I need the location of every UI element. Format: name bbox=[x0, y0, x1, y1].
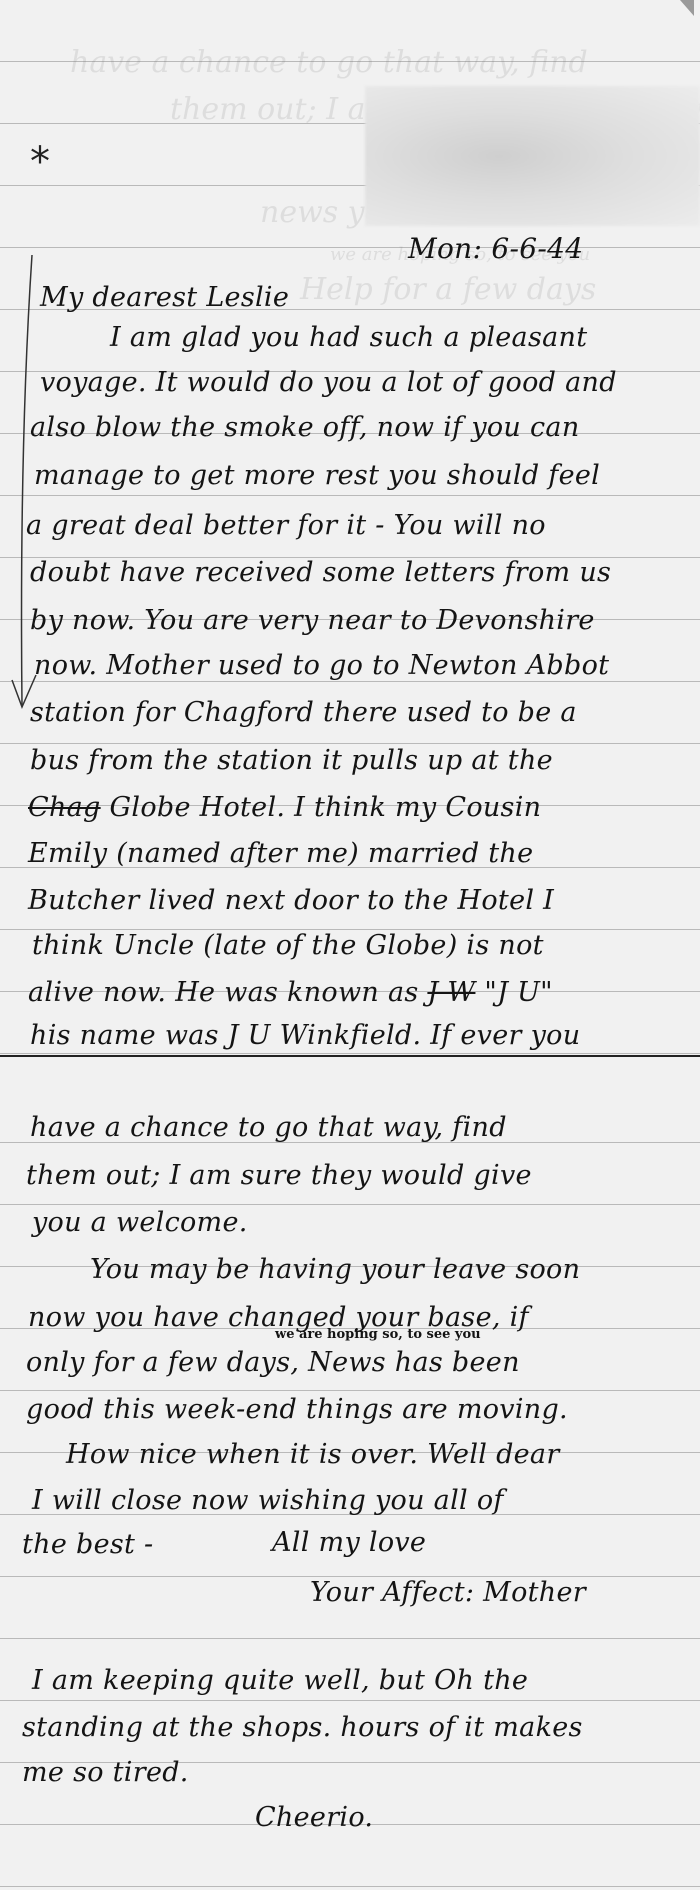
letter-line: them out; I am sure they would give bbox=[26, 1160, 532, 1191]
valediction: All my love bbox=[272, 1527, 426, 1558]
letter-line: think Uncle (late of the Globe) is not bbox=[32, 930, 544, 961]
letter-line: alive now. He was known as J W "J U" bbox=[28, 977, 553, 1008]
letter-line: You may be having your leave soon bbox=[90, 1254, 580, 1285]
letter-line: Emily (named after me) married the bbox=[28, 838, 533, 869]
inserted-note: we are hoping so, to see you bbox=[275, 1327, 481, 1342]
letter-line: station for Chagford there used to be a bbox=[30, 697, 577, 728]
signoff: Cheerio. bbox=[255, 1802, 373, 1833]
letter-line: also blow the smoke off, now if you can bbox=[30, 412, 580, 443]
salutation: My dearest Leslie bbox=[40, 282, 289, 313]
letter-line: doubt have received some letters from us bbox=[30, 557, 611, 588]
redacted-region bbox=[365, 86, 700, 226]
letter-line: manage to get more rest you should feel bbox=[34, 460, 600, 491]
letter-line: only for a few days, News has been bbox=[26, 1347, 520, 1378]
letter-line: Butcher lived next door to the Hotel I bbox=[28, 885, 554, 916]
letter-line: his name was J U Winkfield. If ever you bbox=[30, 1020, 580, 1051]
letter-line: by now. You are very near to Devonshire bbox=[30, 605, 595, 636]
bleedthrough-text: Help for a few days bbox=[300, 272, 596, 307]
letter-line: How nice when it is over. Well dear bbox=[66, 1439, 560, 1470]
letter-line-text: "J U" bbox=[484, 977, 553, 1008]
letter-line: good this week-end things are moving. bbox=[26, 1394, 568, 1425]
letter-line: the best - bbox=[22, 1529, 153, 1560]
struck-word: Chag bbox=[28, 792, 101, 823]
letter-page-2: have a chance to go that way, find them … bbox=[0, 1055, 700, 1890]
letter-line-text: alive now. He was known as bbox=[28, 977, 419, 1008]
postscript-line: me so tired. bbox=[22, 1757, 189, 1788]
page-corner-fold bbox=[680, 0, 694, 16]
postscript-line: I am keeping quite well, but Oh the bbox=[32, 1665, 528, 1696]
letter-line: I am glad you had such a pleasant bbox=[110, 322, 587, 353]
struck-word: J W bbox=[427, 977, 475, 1008]
letter-line: you a welcome. bbox=[32, 1207, 248, 1238]
letter-line: voyage. It would do you a lot of good an… bbox=[40, 367, 617, 398]
letter-line: bus from the station it pulls up at the bbox=[30, 745, 553, 776]
asterisk-mark: * bbox=[30, 142, 50, 182]
postscript-line: standing at the shops. hours of it makes bbox=[22, 1712, 583, 1743]
letter-line: Chag Globe Hotel. I think my Cousin bbox=[28, 792, 541, 823]
signature: Your Affect: Mother bbox=[310, 1577, 586, 1608]
letter-line-text: Globe Hotel. I think my Cousin bbox=[110, 792, 542, 823]
letter-line: now. Mother used to go to Newton Abbot bbox=[34, 650, 609, 681]
letter-line: a great deal better for it - You will no bbox=[26, 510, 546, 541]
letter-line: I will close now wishing you all of bbox=[32, 1485, 504, 1516]
letter-line: have a chance to go that way, find bbox=[30, 1112, 507, 1143]
letter-date: Mon: 6-6-44 bbox=[408, 232, 583, 265]
bleedthrough-text: have a chance to go that way, find bbox=[70, 45, 588, 80]
letter-page-1: have a chance to go that way, find them … bbox=[0, 0, 700, 1055]
